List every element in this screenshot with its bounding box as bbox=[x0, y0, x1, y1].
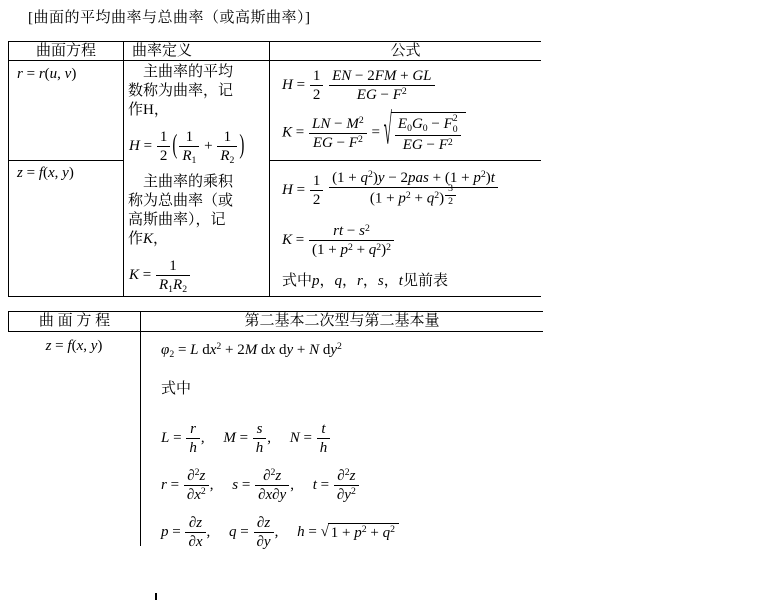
formula-mean-curvature-definition: H = 12(1R1 + 1R2) bbox=[129, 128, 266, 165]
formula-explicit-equation: z = f(x, y) bbox=[17, 165, 74, 181]
cursor-mark bbox=[155, 593, 157, 600]
formula-mean-curvature-explicit: H = 12 (1 + q2)y − 2pas + (1 + p2)t(1 + … bbox=[282, 169, 541, 212]
column-header-surface-equation: 曲面方程 bbox=[9, 42, 123, 61]
formula-second-fundamental-form: φ2 = L dx2 + 2M dx dy + N dy2 bbox=[161, 342, 543, 359]
table-curvature-formulas: 曲面方程 曲率定义 公式 r = r(u, v) 主曲率的平均 数称为曲率，记 … bbox=[8, 41, 541, 297]
formula-lmn-coefficients: L = rh, M = sh, N = th bbox=[161, 420, 543, 457]
column-header-second-fundamental-form: 第二基本二次型与第二基本量 bbox=[140, 312, 543, 332]
column-header-formula: 公式 bbox=[269, 42, 541, 61]
cell-explicit-equation-2: z = f(x, y) bbox=[8, 332, 140, 546]
formula-gauss-curvature-explicit: K = rt − s2(1 + p2 + q2)2 bbox=[282, 222, 541, 259]
formula-parametric-equation: r = r(u, v) bbox=[17, 66, 76, 82]
column-header-surface-equation-2: 曲 面 方 程 bbox=[8, 312, 140, 332]
cell-formulas-parametric: H = 12 EN − 2FM + GLEG − F2 K = LN − M2E… bbox=[269, 61, 541, 161]
formula-second-partials: r = ∂2z∂x2, s = ∂2z∂x∂y, t = ∂2z∂y2 bbox=[161, 467, 543, 504]
cell-second-fundamental-form: φ2 = L dx2 + 2M dx dy + N dy2 式中 L = rh,… bbox=[140, 332, 543, 546]
table-second-fundamental-form: 曲 面 方 程 第二基本二次型与第二基本量 z = f(x, y) φ2 = L… bbox=[8, 311, 543, 546]
text-where-label: 式中 bbox=[161, 377, 543, 398]
document-page: [曲面的平均曲率与总曲率（或高斯曲率）] 曲面方程 曲率定义 公式 r = r(… bbox=[0, 0, 763, 603]
formula-gauss-curvature-parametric: K = LN − M2EG − F2 = √E0G0 − F20EG − F2 bbox=[282, 112, 541, 154]
formula-first-partials-and-h: p = ∂z∂x, q = ∂z∂y, h = √1 + p2 + q2 bbox=[161, 514, 543, 551]
page-title: [曲面的平均曲率与总曲率（或高斯曲率）] bbox=[28, 6, 311, 27]
cell-formulas-explicit: H = 12 (1 + q2)y − 2pas + (1 + p2)t(1 + … bbox=[269, 161, 541, 296]
column-header-curvature-definition: 曲率定义 bbox=[123, 42, 269, 61]
formula-explicit-equation-2: z = f(x, y) bbox=[46, 338, 103, 354]
text-see-previous-table-note: 式中p，q，r，s，t见前表 bbox=[282, 269, 541, 290]
formula-gauss-curvature-definition: K = 1R1R2 bbox=[129, 257, 266, 294]
text-mean-curvature-definition: 主曲率的平均 数称为曲率，记 作H， bbox=[128, 63, 266, 120]
cell-parametric-equation: r = r(u, v) bbox=[9, 61, 123, 161]
text-gauss-curvature-definition: 主曲率的乘积 称为总曲率（或 高斯曲率），记 作K， bbox=[128, 173, 266, 249]
formula-mean-curvature-parametric: H = 12 EN − 2FM + GLEG − F2 bbox=[282, 67, 541, 104]
cell-explicit-equation: z = f(x, y) bbox=[9, 161, 123, 296]
cell-curvature-definition: 主曲率的平均 数称为曲率，记 作H， H = 12(1R1 + 1R2) 主曲率… bbox=[123, 61, 269, 296]
